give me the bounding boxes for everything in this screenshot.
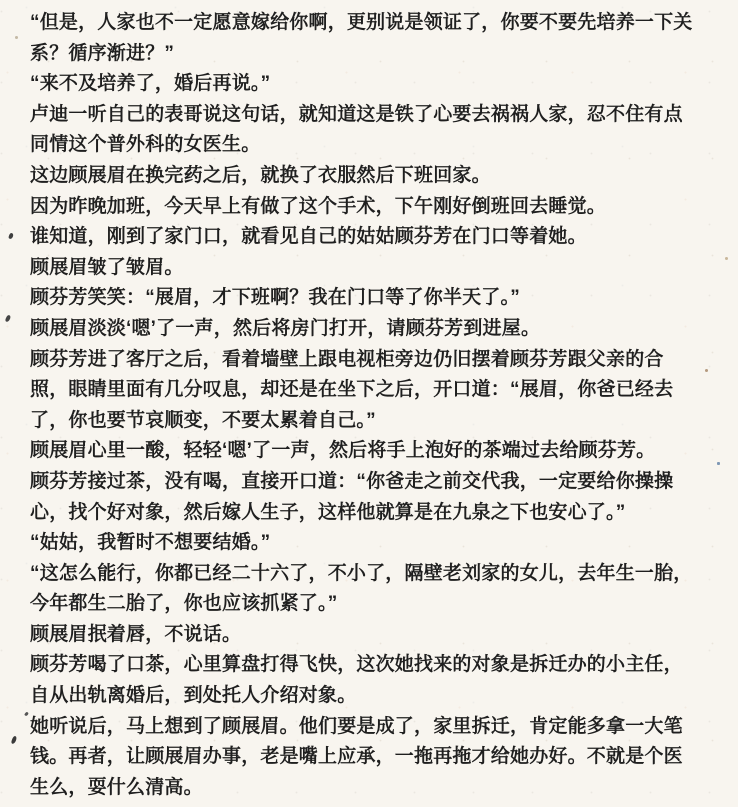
text-line: 顾展眉皱了皱眉。 [30,253,714,284]
text-line: 顾芬芳喝了口茶，心里算盘打得飞快，这次她找来的对象是拆迁办的小主任， [30,650,714,681]
text-line: 因为昨晚加班，今天早上有做了这个手术，下午刚好倒班回去睡觉。 [30,192,714,223]
text-line: 谁知道，刚到了家门口，就看见自己的姑姑顾芬芳在门口等着她。 [30,222,714,253]
text-content: “但是，人家也不一定愿意嫁给你啊，更别说是领证了，你要不要先培养一下关系？循序渐… [30,8,714,803]
reader-page: “但是，人家也不一定愿意嫁给你啊，更别说是领证了，你要不要先培养一下关系？循序渐… [0,0,738,807]
dust-speck [11,736,17,745]
text-line: 钱。再者，让顾展眉办事，老是嘴上应承，一拖再拖才给她办好。不就是个医 [30,742,714,773]
text-line: 她听说后，马上想到了顾展眉。他们要是成了，家里拆迁，肯定能多拿一大笔 [30,712,714,743]
text-line: 同情这个普外科的女医生。 [30,130,714,161]
text-line: 生么，耍什么清高。 [30,773,714,804]
text-line: 这边顾展眉在换完药之后，就换了衣服然后下班回家。 [30,161,714,192]
text-line: 心，找个好对象，然后嫁人生子，这样他就算是在九泉之下也安心了。” [30,498,714,529]
text-line: 顾展眉抿着唇，不说话。 [30,620,714,651]
text-line: 卢迪一听自己的表哥说这句话，就知道这是铁了心要去祸祸人家，忍不住有点 [30,100,714,131]
text-line: 今年都生二胎了，你也应该抓紧了。” [30,589,714,620]
dust-speck [24,712,29,717]
text-line: 了，你也要节哀顺变，不要太累着自己。” [30,406,714,437]
dust-speck [5,314,12,322]
text-line: “来不及培养了，婚后再说。” [30,69,714,100]
text-line: 系？循序渐进？” [30,39,714,70]
text-line: 顾芬芳笑笑：“展眉，才下班啊？我在门口等了你半天了。” [30,283,714,314]
text-line: 顾展眉淡淡‘嗯’了一声，然后将房门打开，请顾芬芳到进屋。 [30,314,714,345]
dust-speck [8,233,14,240]
text-line: 顾展眉心里一酸，轻轻‘嗯’了一声，然后将手上泡好的茶端过去给顾芬芳。 [30,436,714,467]
text-line: 顾芬芳接过茶，没有喝，直接开口道：“你爸走之前交代我，一定要给你操操 [30,467,714,498]
text-line: “这怎么能行，你都已经二十六了，不小了，隔壁老刘家的女儿，去年生一胎， [30,559,714,590]
dust-speck [717,462,720,465]
text-line: “但是，人家也不一定愿意嫁给你啊，更别说是领证了，你要不要先培养一下关 [30,8,714,39]
dust-speck [725,257,728,260]
text-line: 照，眼睛里面有几分叹息，却还是在坐下之后，开口道：“展眉，你爸已经去 [30,375,714,406]
dust-speck [15,36,18,39]
dust-speck [705,369,708,372]
text-line: “姑姑，我暂时不想要结婚。” [30,528,714,559]
text-line: 自从出轨离婚后，到处托人介绍对象。 [30,681,714,712]
text-line: 顾芬芳进了客厅之后，看着墙壁上跟电视柜旁边仍旧摆着顾芬芳跟父亲的合 [30,345,714,376]
